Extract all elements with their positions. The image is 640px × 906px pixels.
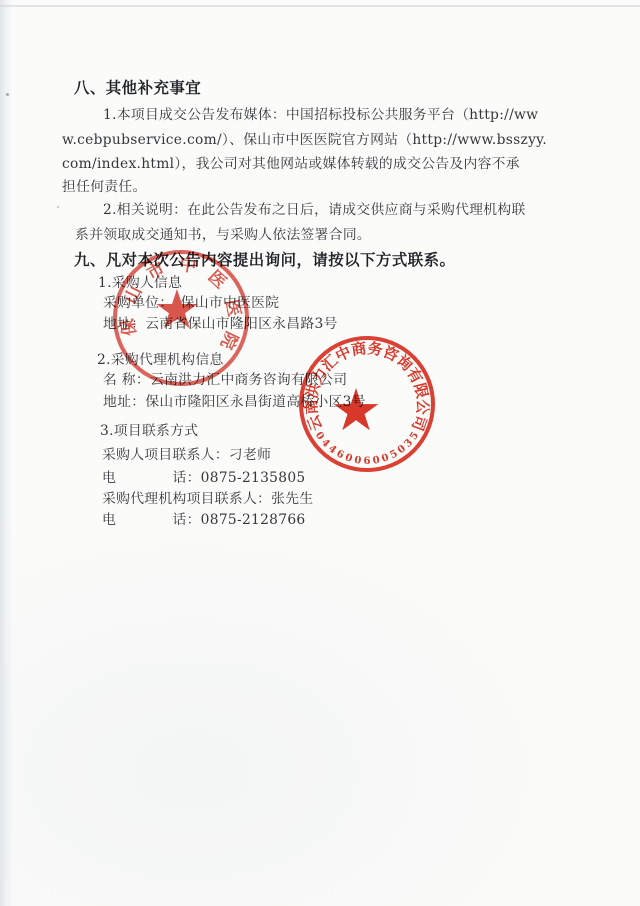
para-related-note-line-2: 系并领取成交通知书，与采购人依法签署合同。 xyxy=(75,224,371,246)
para-publish-media-line-4: 担任何责任。 xyxy=(62,176,147,198)
para-publish-media-line-3: com/index.html），我公司对其他网站或媒体转载的成交公告及内容不承 xyxy=(62,153,520,175)
star-icon: ★ xyxy=(153,283,201,337)
scan-edge-left xyxy=(0,0,13,906)
section-heading-other-matters: 八、其他补充事宜 xyxy=(74,77,201,99)
buyer-contact-person: 采购人项目联系人：刁老师 xyxy=(102,444,271,466)
para-publish-media-line-2: w.cebpubservice.com/）、保山市中医医院官方网站（http:/… xyxy=(62,129,547,151)
para-publish-media-line-1: 1.本项目成交公告发布媒体：中国招标投标公共服务平台（http://ww xyxy=(103,104,538,126)
scanned-document-page: 八、其他补充事宜 1.本项目成交公告发布媒体：中国招标投标公共服务平台（http… xyxy=(0,0,640,906)
star-icon: ★ xyxy=(330,381,382,439)
agency-contact-person: 采购代理机构项目联系人：张先生 xyxy=(102,488,313,510)
buyer-contact-phone: 电 话：0875-2135805 xyxy=(102,467,306,489)
agency-official-seal: 云南洪力汇中商务咨询有限公司 5305006006440 ★ xyxy=(299,336,435,472)
hospital-official-seal: 保山市中医医院 ★ xyxy=(113,250,249,386)
agency-contact-phone: 电 话：0875-2128766 xyxy=(102,509,306,531)
item-contact-method-title: 3.项目联系方式 xyxy=(100,420,198,442)
scan-edge-top xyxy=(0,5,640,7)
scan-speck xyxy=(6,93,9,96)
para-related-note-line-1: 2.相关说明：在此公告发布之日后，请成交供应商与采购代理机构联 xyxy=(103,199,526,221)
scan-speck xyxy=(57,206,59,208)
